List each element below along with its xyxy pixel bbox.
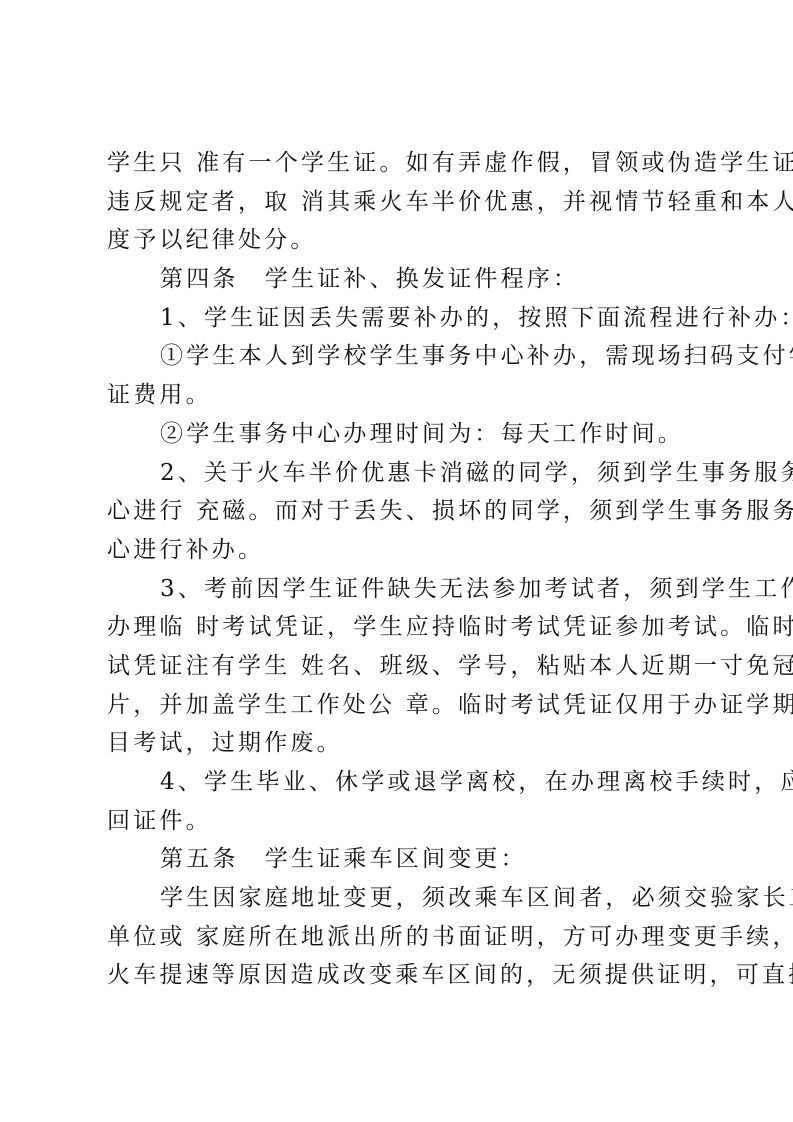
list-item-2: 2、关于火车半价优惠卡消磁的同学，须到学生事务服务中 (107, 454, 697, 493)
text-line: 学生只 准有一个学生证。如有弄虚作假，冒领或伪造学生证等 (107, 144, 697, 183)
text-line: 证费用。 (107, 376, 697, 415)
section-heading-article-5: 第五条 学生证乘车区间变更： (107, 840, 697, 879)
text-line: 心进行补办。 (107, 531, 697, 570)
paragraph-start: 学生因家庭地址变更，须改乘车区间者，必须交验家长工作 (107, 879, 697, 918)
text-line: 办理临 时考试凭证，学生应持临时考试凭证参加考试。临时考 (107, 608, 697, 647)
text-line: 火车提速等原因造成改变乘车区间的，无须提供证明，可直接办 (107, 956, 697, 995)
text-line: 违反规定者，取 消其乘火车半价优惠，并视情节轻重和本人态 (107, 183, 697, 222)
text-line: 试凭证注有学生 姓名、班级、学号，粘贴本人近期一寸免冠照 (107, 647, 697, 686)
text-line: 单位或 家庭所在地派出所的书面证明，方可办理变更手续，因 (107, 918, 697, 957)
list-item-1: 1、学生证因丢失需要补办的，按照下面流程进行补办： (107, 299, 697, 338)
text-line: 回证件。 (107, 802, 697, 841)
section-heading-article-4: 第四条 学生证补、换发证件程序： (107, 260, 697, 299)
list-item-3: 3、考前因学生证件缺失无法参加考试者，须到学生工作处 (107, 570, 697, 609)
text-line: 目考试，过期作废。 (107, 724, 697, 763)
sub-item-1: ①学生本人到学校学生事务中心补办，需现场扫码支付学生 (107, 337, 697, 376)
sub-item-2: ②学生事务中心办理时间为：每天工作时间。 (107, 415, 697, 454)
text-line: 片，并加盖学生工作处公 章。临时考试凭证仅用于办证学期科 (107, 686, 697, 725)
list-item-4: 4、学生毕业、休学或退学离校，在办理离校手续时，应交 (107, 763, 697, 802)
document-body: 学生只 准有一个学生证。如有弄虚作假，冒领或伪造学生证等 违反规定者，取 消其乘… (107, 144, 697, 995)
text-line: 心进行 充磁。而对于丢失、损坏的同学，须到学生事务服务中 (107, 492, 697, 531)
text-line: 度予以纪律处分。 (107, 221, 697, 260)
document-page: 学生只 准有一个学生证。如有弄虚作假，冒领或伪造学生证等 违反规定者，取 消其乘… (0, 0, 793, 1122)
